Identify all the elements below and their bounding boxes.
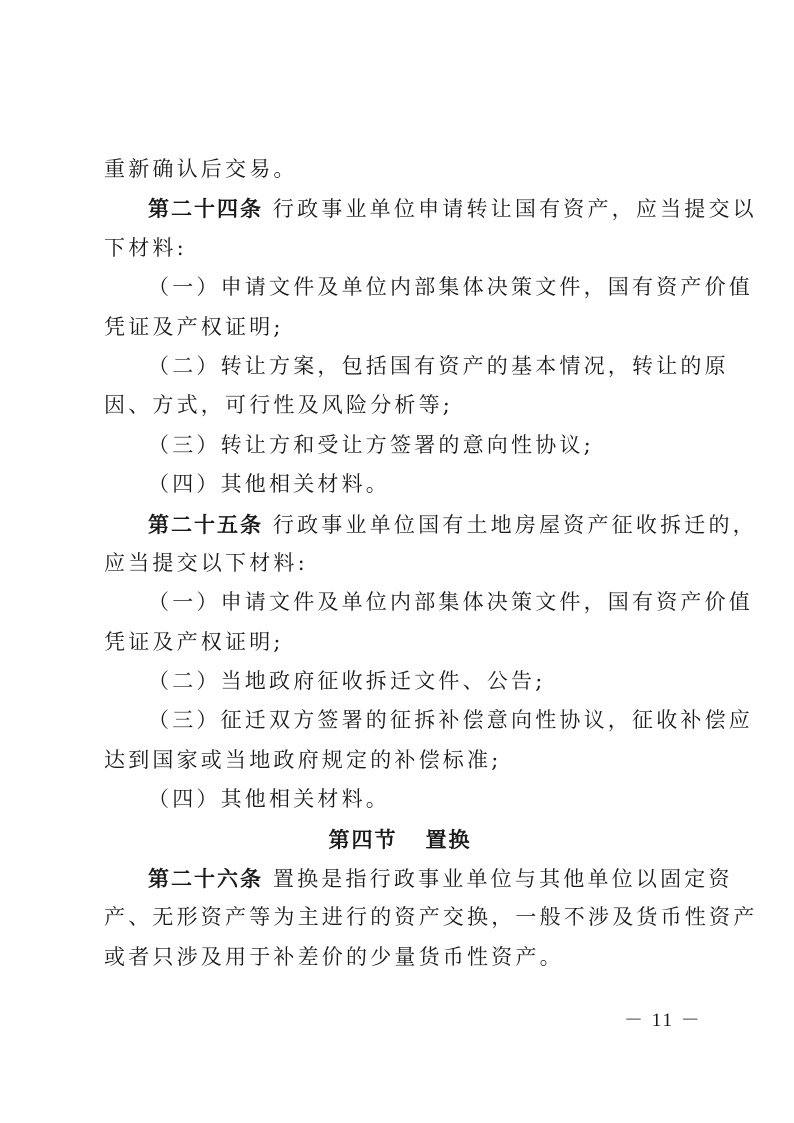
paragraph-line: 凭证及产权证明; [104, 308, 696, 347]
article-26-line: 第二十六条 置换是指行政事业单位与其他单位以固定资 [104, 859, 696, 898]
list-item-line: （三）征迁双方签署的征拆补偿意向性协议，征收补偿应 [104, 701, 696, 740]
paragraph-line: 达到国家或当地政府规定的补偿标准; [104, 741, 696, 780]
line-text: （三）征迁双方签署的征拆补偿意向性协议，征收补偿应 [148, 708, 753, 732]
paragraph-line: 重新确认后交易。 [104, 150, 696, 189]
line-text: 产、无形资产等为主进行的资产交换，一般不涉及货币性资产 [104, 905, 757, 929]
article-25-line: 第二十五条 行政事业单位国有土地房屋资产征收拆迁的， [104, 505, 696, 544]
page-number: － 11 － [624, 1005, 702, 1032]
line-text: 行政事业单位申请转让国有资产，应当提交以 [263, 197, 757, 221]
section-title: 置换 [426, 827, 472, 852]
line-text: 行政事业单位国有土地房屋资产征收拆迁的， [263, 513, 757, 537]
article-number: 第二十六条 [148, 866, 263, 891]
line-text: 应当提交以下材料: [104, 551, 308, 575]
section-heading: 第四节置换 [104, 820, 696, 859]
line-text: （四）其他相关材料。 [148, 787, 390, 811]
paragraph-line: 因、方式，可行性及风险分析等; [104, 386, 696, 425]
article-number: 第二十五条 [148, 512, 263, 537]
line-text: 达到国家或当地政府规定的补偿标准; [104, 748, 501, 772]
section-number: 第四节 [329, 827, 398, 852]
paragraph-line: 或者只涉及用于补差价的少量货币性资产。 [104, 938, 696, 977]
paragraph-line: 凭证及产权证明; [104, 623, 696, 662]
list-item-line: （三）转让方和受让方签署的意向性协议; [104, 426, 696, 465]
list-item-line: （一）申请文件及单位内部集体决策文件，国有资产价值 [104, 268, 696, 307]
paragraph-line: 产、无形资产等为主进行的资产交换，一般不涉及货币性资产 [104, 898, 696, 937]
paragraph-line: 下材料: [104, 229, 696, 268]
line-text: （四）其他相关材料。 [148, 472, 390, 496]
paragraph-line: 应当提交以下材料: [104, 544, 696, 583]
line-text: （二）当地政府征收拆迁文件、公告; [148, 669, 545, 693]
article-number: 第二十四条 [148, 196, 263, 221]
line-text: 因、方式，可行性及风险分析等; [104, 393, 453, 417]
list-item-line: （四）其他相关材料。 [104, 780, 696, 819]
line-text: 凭证及产权证明; [104, 630, 284, 654]
list-item-line: （一）申请文件及单位内部集体决策文件，国有资产价值 [104, 583, 696, 622]
line-text: 或者只涉及用于补差价的少量货币性资产。 [104, 945, 564, 969]
document-page: 重新确认后交易。 第二十四条 行政事业单位申请转让国有资产，应当提交以 下材料:… [104, 150, 696, 977]
line-text: 下材料: [104, 236, 187, 260]
article-24-line: 第二十四条 行政事业单位申请转让国有资产，应当提交以 [104, 189, 696, 228]
line-text: 凭证及产权证明; [104, 315, 284, 339]
list-item-line: （四）其他相关材料。 [104, 465, 696, 504]
line-text: 置换是指行政事业单位与其他单位以固定资 [263, 867, 733, 891]
list-item-line: （二）转让方案，包括国有资产的基本情况，转让的原 [104, 347, 696, 386]
line-text: （二）转让方案，包括国有资产的基本情况，转让的原 [148, 354, 729, 378]
list-item-line: （二）当地政府征收拆迁文件、公告; [104, 662, 696, 701]
line-text: （一）申请文件及单位内部集体决策文件，国有资产价值 [148, 590, 753, 614]
line-text: （一）申请文件及单位内部集体决策文件，国有资产价值 [148, 275, 753, 299]
line-text: （三）转让方和受让方签署的意向性协议; [148, 433, 594, 457]
line-text: 重新确认后交易。 [104, 157, 298, 181]
